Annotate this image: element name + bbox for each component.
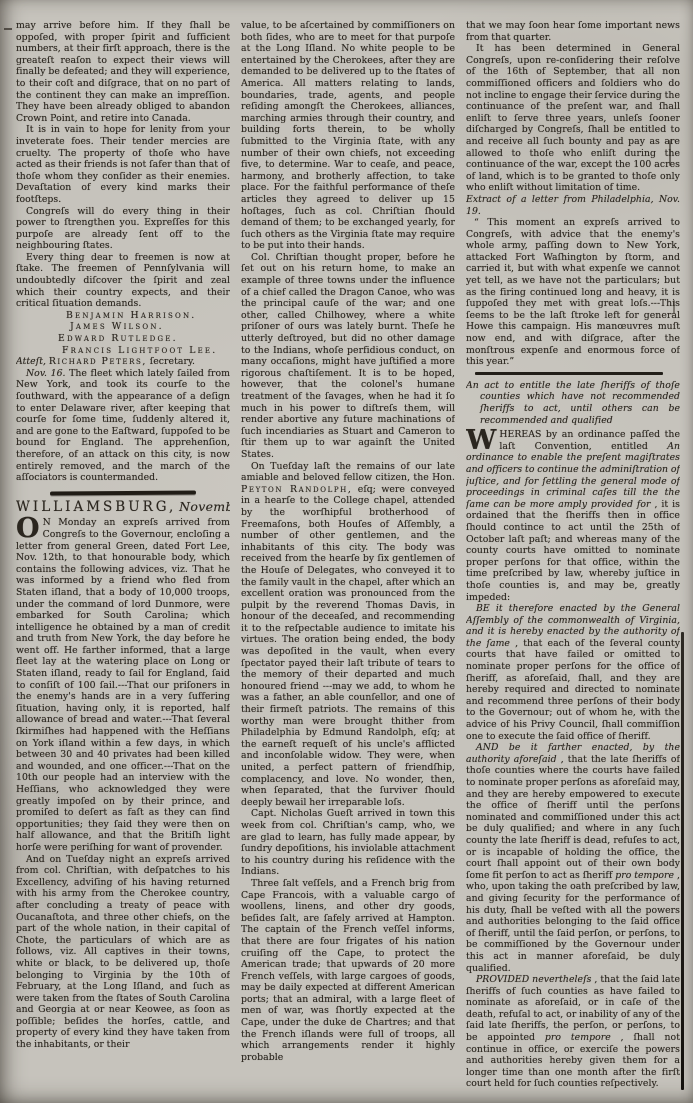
section-divider-rule (475, 372, 663, 375)
act-paragraph: W HEREAS by an ordinance paſſed the laſt… (466, 429, 680, 603)
section-divider-rule (50, 490, 196, 495)
column-left: may arrive before him. If they ſhall be … (16, 20, 230, 1088)
scan-artifact-page-edge (681, 632, 684, 1090)
news-paragraph: Capt. Nicholas Gueſt arrived in town thi… (241, 808, 455, 878)
dateline-date: November 29. (179, 499, 230, 514)
signature-line: James Wilson. (16, 321, 230, 333)
signature-line: Francis Lightfoot Lee. (16, 345, 230, 357)
dateline: WILLIAMSBURG, November 29. (16, 501, 230, 515)
attestation-line: Atteſt, Richard Peters, ſecretary. (16, 356, 230, 368)
paragraph-text: , who, upon taking the oath preſcribed b… (466, 870, 680, 974)
attest-role: ſecretary. (150, 356, 195, 367)
news-paragraph: Col. Chriſtian thought proper, before he… (241, 252, 455, 461)
news-paragraph: value, to be aſcertained by commiſſioner… (241, 20, 455, 252)
person-name: Peyton Randolph, (241, 484, 352, 495)
dateline-city: WILLIAMSBURG, (16, 499, 176, 515)
proviso-clause: PROVIDED nevertheleſs (476, 974, 591, 985)
date-label: Nov. 16. (26, 368, 66, 379)
act-paragraph: PROVIDED nevertheleſs , that the ſaid la… (466, 974, 680, 1088)
news-paragraph: And on Tueſday night an expreſs arrived … (16, 854, 230, 1051)
news-paragraph: It is in vain to hope for lenity from yo… (16, 124, 230, 205)
paragraph-text: On Tueſday laſt the remains of our late … (241, 461, 455, 484)
news-paragraph: Congreſs will do every thing in their po… (16, 206, 230, 252)
signature-line: Benjamin Harrison. (16, 310, 230, 322)
quote-paragraph: “ This moment an expreſs arrived to Cong… (466, 217, 680, 368)
latin-phrase: pro tempore (615, 870, 674, 881)
drop-cap: W (466, 429, 499, 451)
paragraph-text: The fleet which lately ſailed from New Y… (16, 368, 230, 483)
news-paragraph: may arrive before him. If they ſhall be … (16, 20, 230, 124)
latin-phrase: pro tempore (545, 1032, 611, 1043)
column-layout: may arrive before him. If they ſhall be … (16, 20, 685, 1088)
scan-artifact-speck (673, 300, 675, 314)
newspaper-page: may arrive before him. If they ſhall be … (0, 0, 693, 1103)
drop-cap: O (16, 517, 43, 539)
quoted-letter: “ This moment an expreſs arrived to Cong… (466, 217, 680, 368)
act-paragraph: AND be it farther enacted, by the author… (466, 742, 680, 974)
news-paragraph: that we may ſoon hear ſome important new… (466, 20, 680, 43)
scan-artifact-dash (4, 28, 12, 30)
scan-artifact-speck (669, 140, 671, 166)
act-paragraph: BE it therefore enacted by the General A… (466, 603, 680, 742)
signature-line: Edward Rutledge. (16, 333, 230, 345)
act-title: An act to entitle the late ſheriffs of t… (466, 380, 680, 426)
paragraph-text: , that the late ſheriffs of thoſe counti… (466, 754, 680, 881)
paragraph-text: eſq; were conveyed in a hearſe to the Co… (241, 484, 455, 808)
news-paragraph: It has been determined in General Congre… (466, 43, 680, 194)
attest-label: Atteſt, (16, 356, 46, 367)
column-right: that we may ſoon hear ſome important new… (466, 20, 680, 1088)
news-paragraph: Nov. 16. The fleet which lately ſailed f… (16, 368, 230, 484)
letter-extract-heading: Extract of a letter from Philadelphia, N… (466, 194, 680, 217)
paragraph-text: , that each of the ſeveral county courts… (466, 638, 680, 742)
paragraph-text: HEREAS by an ordinance paſſed the laſt C… (499, 429, 680, 452)
attest-name: Richard Peters, (49, 356, 147, 367)
news-paragraph: O N Monday an expreſs arrived from Congr… (16, 517, 230, 853)
news-paragraph: Every thing dear to freemen is now at ſt… (16, 252, 230, 310)
paragraph-text: , it is ordained that the ſheriffs then … (466, 499, 680, 603)
news-paragraph: On Tueſday laſt the remains of our late … (241, 461, 455, 809)
news-paragraph: Three ſalt veſſels, and a French brig fr… (241, 878, 455, 1064)
column-middle: value, to be aſcertained by commiſſioner… (241, 20, 455, 1088)
paragraph-text: N Monday an expreſs arrived from Congreſ… (16, 517, 230, 853)
